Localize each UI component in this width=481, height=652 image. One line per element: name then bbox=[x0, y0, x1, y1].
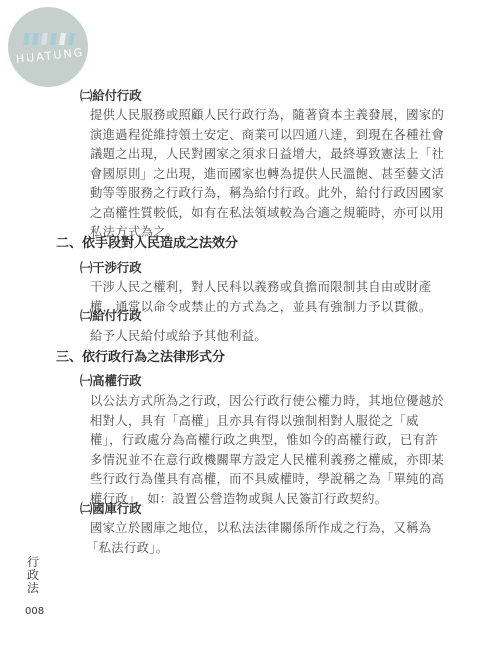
paragraph-line: 多情況並不在意行政機關單方設定人民權利義務之權威，亦即某 bbox=[90, 452, 444, 468]
paragraph-line: 提供人民服務或照顧人民行政行為，隨著資本主義發展，國家的 bbox=[90, 107, 444, 123]
logo-bar bbox=[41, 33, 48, 45]
paragraph-line: 給予人民給付或給予其他利益。 bbox=[90, 328, 267, 344]
section-heading: 三、依行政行為之法律形式分 bbox=[56, 350, 225, 366]
paragraph-line: 演進過程從維持領土安定、商業可以四通八達，到現在各種社會 bbox=[90, 127, 444, 143]
side-tab-char: 法 bbox=[25, 582, 41, 595]
logo-bar bbox=[32, 33, 39, 45]
page-number: 008 bbox=[25, 606, 44, 617]
logo-bar bbox=[59, 33, 66, 45]
logo-bar bbox=[23, 33, 30, 45]
logo-bar bbox=[68, 33, 75, 45]
logo-brand-text: HUATUNG bbox=[15, 46, 85, 66]
chapter-side-tab: 行 政 法 bbox=[25, 556, 41, 595]
section-heading: 二、依手段對人民造成之法效分 bbox=[56, 236, 238, 252]
logo-bar bbox=[50, 33, 57, 45]
paragraph-line: 權」，行政處分為高權行政之典型，惟如今的高權行政，已有許 bbox=[90, 432, 438, 448]
paragraph-line: 以公法方式所為之行政，因公行政行使公權力時，其地位優越於 bbox=[90, 393, 444, 409]
paragraph-line: 之高權性質較低，如有在私法領域較為合適之規範時，亦可以用 bbox=[90, 205, 444, 221]
publisher-logo: HUATUNG bbox=[8, 7, 88, 87]
subsection-heading: ㈡給付行政 bbox=[80, 308, 142, 324]
subsection-heading: ㈡國庫行政 bbox=[80, 501, 142, 517]
paragraph-line: 相對人，具有「高權」且亦具有得以強制相對人服從之「威 bbox=[90, 413, 419, 429]
paragraph-line: 會國原則」之出現，進而國家也轉為提供人民溫飽、甚至藝文活 bbox=[90, 166, 444, 182]
paragraph-line: 干涉人民之權利，對人民科以義務或負擔而限制其自由或財產 bbox=[90, 279, 431, 295]
paragraph-line: 「私法行政」。 bbox=[86, 540, 168, 556]
paragraph-line: 議題之出現，人民對國家之須求日益增大，最終導致憲法上「社 bbox=[90, 146, 444, 162]
subsection-heading: ㈡給付行政 bbox=[80, 88, 142, 104]
logo-bars bbox=[24, 33, 74, 45]
paragraph-line: 國家立於國庫之地位，以私法法律關係所作成之行為，又稱為 bbox=[90, 520, 431, 536]
paragraph-line: 動等等服務之行政行為，稱為給付行政。此外，給付行政因國家 bbox=[90, 185, 444, 201]
subsection-heading: ㈠干涉行政 bbox=[80, 260, 142, 276]
subsection-heading: ㈠高權行政 bbox=[80, 373, 142, 389]
paragraph-line: 些行政行為僅具有高權，而不具威權時，學說稱之為「單純的高 bbox=[90, 471, 444, 487]
